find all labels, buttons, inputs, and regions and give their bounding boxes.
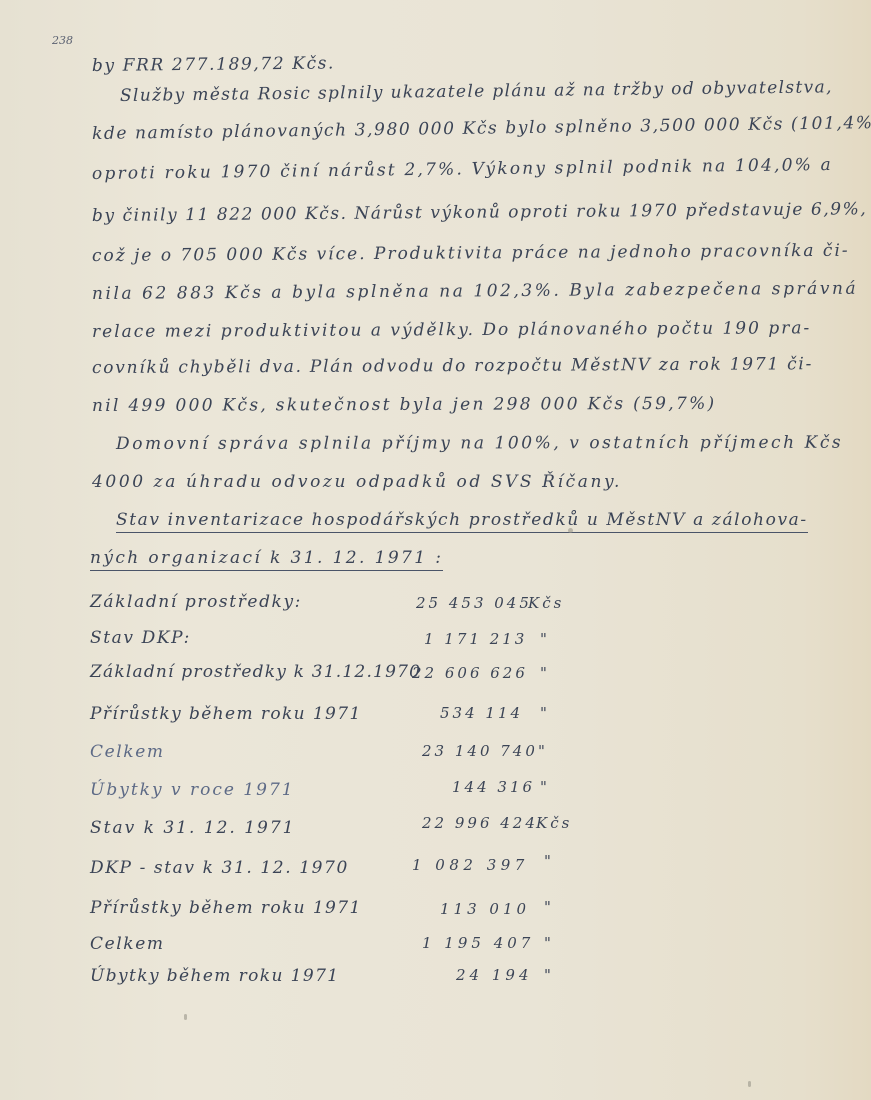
row-unit: " [544, 966, 554, 984]
row-label: Základní prostředky k 31.12.1970 [90, 662, 421, 682]
row-unit: " [540, 664, 550, 682]
row-label: Celkem [90, 742, 165, 762]
row-label: Úbytky v roce 1971 [90, 780, 295, 800]
row-amount: 22 606 626 [412, 664, 528, 682]
row-label: Přírůstky během roku 1971 [90, 704, 362, 724]
paper-speck [568, 528, 573, 533]
row-amount: 23 140 740 [422, 742, 538, 760]
paper-speck [184, 1014, 187, 1020]
text-line: oproti roku 1970 činí nárůst 2,7%. Výkon… [92, 155, 833, 184]
row-amount: 1 195 407 [422, 934, 534, 952]
row-unit: " [544, 934, 554, 952]
row-unit: " [540, 704, 550, 722]
row-amount: 534 114 [440, 704, 523, 722]
text-line: by FRR 277.189,72 Kčs. [92, 53, 335, 76]
text-line: by činily 11 822 000 Kčs. Nárůst výkonů … [92, 199, 867, 226]
row-amount: 25 453 045 [416, 594, 532, 612]
row-label: Stav k 31. 12. 1971 [90, 818, 295, 838]
row-unit: Kčs [528, 594, 564, 612]
row-label: Úbytky během roku 1971 [90, 966, 340, 986]
row-unit: " [544, 852, 554, 870]
row-amount: 1 082 397 [412, 856, 529, 874]
row-unit: " [540, 778, 550, 796]
text-line: Služby města Rosic splnily ukazatele plá… [120, 77, 833, 106]
text-line: nila 62 883 Kčs a byla splněna na 102,3%… [92, 279, 858, 304]
text-line: 4000 za úhradu odvozu odpadků od SVS Říč… [92, 472, 622, 492]
text-line: covníků chyběli dva. Plán odvodu do rozp… [92, 354, 813, 378]
row-amount: 22 996 424 [422, 814, 538, 832]
row-amount: 1 171 213 [424, 630, 527, 648]
row-amount: 144 316 [452, 778, 535, 796]
row-unit: Kčs [536, 814, 572, 832]
row-unit: " [540, 630, 550, 648]
text-line: kde namísto plánovaných 3,980 000 Kčs by… [92, 113, 871, 144]
row-label: Celkem [90, 934, 165, 954]
section-heading: Stav inventarizace hospodářských prostře… [116, 510, 808, 533]
row-label: Přírůstky během roku 1971 [90, 898, 362, 918]
row-unit: " [544, 898, 554, 916]
text-line: což je o 705 000 Kčs více. Produktivita … [92, 241, 850, 266]
page-number: 238 [52, 34, 73, 47]
row-label: Základní prostředky: [90, 592, 302, 612]
text-line: Domovní správa splnila příjmy na 100%, v… [116, 433, 843, 454]
paper-speck [748, 1081, 751, 1087]
row-label: Stav DKP: [90, 628, 191, 648]
text-line: nil 499 000 Kčs, skutečnost byla jen 298… [92, 394, 717, 416]
row-amount: 113 010 [440, 900, 530, 918]
text-line: relace mezi produktivitou a výdělky. Do … [92, 318, 811, 342]
row-amount: 24 194 [456, 966, 533, 984]
section-heading-continued: ných organizací k 31. 12. 1971 : [90, 548, 443, 571]
handwritten-chronicle-page: 238 by FRR 277.189,72 Kčs. Služby města … [0, 0, 871, 1100]
row-label: DKP - stav k 31. 12. 1970 [90, 858, 349, 878]
row-unit: " [538, 742, 548, 760]
